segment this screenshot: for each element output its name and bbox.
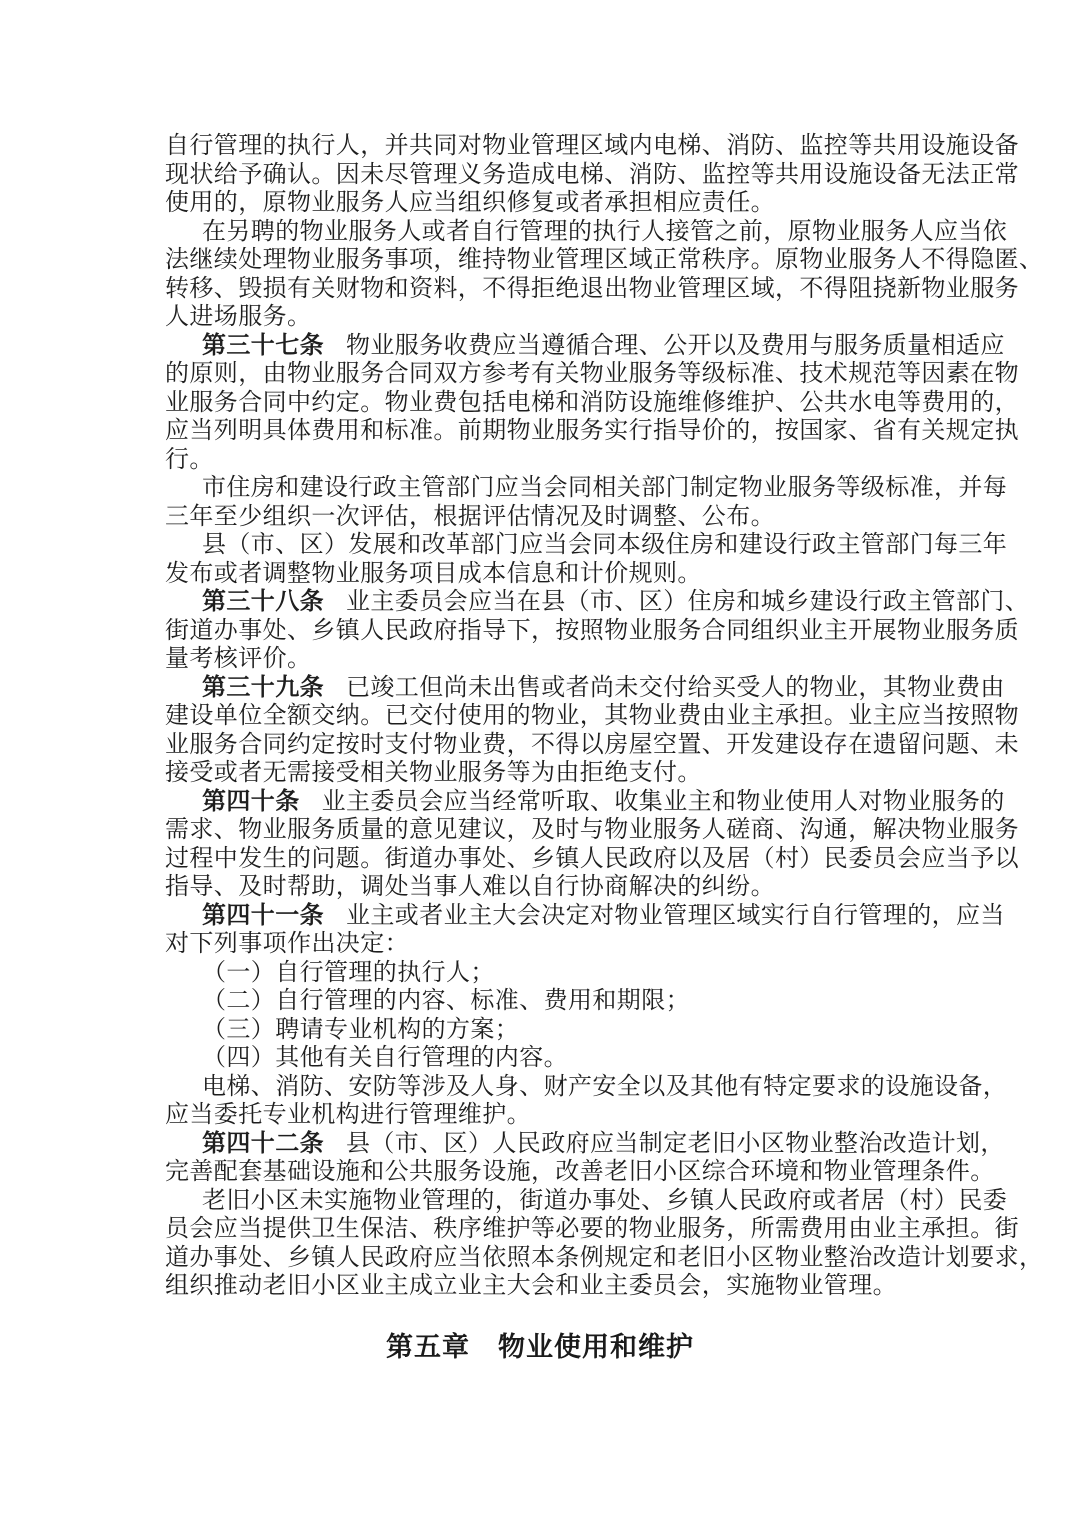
line-text: 组织推动老旧小区业主成立业主大会和业主委员会，实施物业管理。 [165, 1271, 897, 1299]
text-line: 人进场服务。 [165, 302, 925, 331]
list-item: （三）聘请专业机构的方案； [165, 1015, 925, 1044]
line-text: 街道办事处、乡镇人民政府指导下，按照物业服务合同组织业主开展物业服务质 [165, 616, 1019, 644]
line-text: 对下列事项作出决定： [165, 929, 409, 957]
text-line: 第四十二条县（市、区）人民政府应当制定老旧小区物业整治改造计划， [165, 1129, 925, 1158]
line-text: 业主委员会应当经常听取、收集业主和物业使用人对物业服务的 [322, 787, 1005, 815]
line-text: 道办事处、乡镇人民政府应当依照本条例规定和老旧小区物业整治改造计划要求， [165, 1243, 1043, 1271]
text-line: 在另聘的物业服务人或者自行管理的执行人接管之前，原物业服务人应当依 [165, 217, 925, 246]
line-text: 三年至少组织一次评估，根据评估情况及时调整、公布。 [165, 502, 775, 530]
line-text: 业主委员会应当在县（市、区）住房和城乡建设行政主管部门、 [346, 587, 1029, 615]
document-body: 自行管理的执行人，并共同对物业管理区域内电梯、消防、监控等共用设施设备现状给予确… [165, 131, 925, 1300]
text-line: 指导、及时帮助，调处当事人难以自行协商解决的纠纷。 [165, 872, 925, 901]
text-line: 应当委托专业机构进行管理维护。 [165, 1100, 925, 1129]
line-text: （三）聘请专业机构的方案； [202, 1015, 519, 1043]
line-text: 人进场服务。 [165, 302, 311, 330]
line-text: 员会应当提供卫生保洁、秩序维护等必要的物业服务，所需费用由业主承担。街 [165, 1214, 1019, 1242]
line-text: 县（市、区）人民政府应当制定老旧小区物业整治改造计划， [346, 1129, 1005, 1157]
line-text: 应当列明具体费用和标准。前期物业服务实行指导价的，按国家、省有关规定执 [165, 416, 1019, 444]
article-paragraph: 第四十一条业主或者业主大会决定对物业管理区域实行自行管理的，应当对下列事项作出决… [165, 901, 925, 958]
text-line: 第三十七条物业服务收费应当遵循合理、公开以及费用与服务质量相适应 [165, 331, 925, 360]
text-line: 第三十八条业主委员会应当在县（市、区）住房和城乡建设行政主管部门、 [165, 587, 925, 616]
article-paragraph: 第三十九条已竣工但尚未出售或者尚未交付给买受人的物业，其物业费由建设单位全额交纳… [165, 673, 925, 787]
text-line: 应当列明具体费用和标准。前期物业服务实行指导价的，按国家、省有关规定执 [165, 416, 925, 445]
line-text: 业主或者业主大会决定对物业管理区域实行自行管理的，应当 [346, 901, 1005, 929]
paragraph: 老旧小区未实施物业管理的，街道办事处、乡镇人民政府或者居（村）民委员会应当提供卫… [165, 1186, 925, 1300]
text-line: 县（市、区）发展和改革部门应当会同本级住房和建设行政主管部门每三年 [165, 530, 925, 559]
line-text: 指导、及时帮助，调处当事人难以自行协商解决的纠纷。 [165, 872, 775, 900]
line-text: （四）其他有关自行管理的内容。 [202, 1043, 568, 1071]
paragraph: 在另聘的物业服务人或者自行管理的执行人接管之前，原物业服务人应当依法继续处理物业… [165, 217, 925, 331]
text-line: 法继续处理物业服务事项，维持物业管理区域正常秩序。原物业服务人不得隐匿、 [165, 245, 925, 274]
paragraph: 电梯、消防、安防等涉及人身、财产安全以及其他有特定要求的设施设备，应当委托专业机… [165, 1072, 925, 1129]
text-line: 第四十一条业主或者业主大会决定对物业管理区域实行自行管理的，应当 [165, 901, 925, 930]
line-text: （二）自行管理的内容、标准、费用和期限； [202, 986, 690, 1014]
text-line: 完善配套基础设施和公共服务设施，改善老旧小区综合环境和物业管理条件。 [165, 1157, 925, 1186]
line-text: 已竣工但尚未出售或者尚未交付给买受人的物业，其物业费由 [346, 673, 1005, 701]
text-line: 业服务合同约定按时支付物业费，不得以房屋空置、开发建设存在遗留问题、未 [165, 730, 925, 759]
text-line: 电梯、消防、安防等涉及人身、财产安全以及其他有特定要求的设施设备， [165, 1072, 925, 1101]
line-text: 完善配套基础设施和公共服务设施，改善老旧小区综合环境和物业管理条件。 [165, 1157, 995, 1185]
text-line: 市住房和建设行政主管部门应当会同相关部门制定物业服务等级标准，并每 [165, 473, 925, 502]
line-text: 建设单位全额交纳。已交付使用的物业，其物业费由业主承担。业主应当按照物 [165, 701, 1019, 729]
line-text: 转移、毁损有关财物和资料，不得拒绝退出物业管理区域，不得阻挠新物业服务 [165, 274, 1019, 302]
text-line: 需求、物业服务质量的意见建议，及时与物业服务人磋商、沟通，解决物业服务 [165, 815, 925, 844]
chapter-title-text: 物业使用和维护 [498, 1332, 694, 1363]
text-line: 业服务合同中约定。物业费包括电梯和消防设施维修维护、公共水电等费用的， [165, 388, 925, 417]
paragraph: 县（市、区）发展和改革部门应当会同本级住房和建设行政主管部门每三年发布或者调整物… [165, 530, 925, 587]
line-text: 在另聘的物业服务人或者自行管理的执行人接管之前，原物业服务人应当依 [202, 217, 1007, 245]
text-line: 对下列事项作出决定： [165, 929, 925, 958]
text-line: 行。 [165, 445, 925, 474]
article-number: 第四十二条 [202, 1129, 324, 1157]
text-line: 使用的，原物业服务人应当组织修复或者承担相应责任。 [165, 188, 925, 217]
article-number: 第四十条 [202, 787, 300, 815]
line-text: 现状给予确认。因未尽管理义务造成电梯、消防、监控等共用设施设备无法正常 [165, 160, 1019, 188]
line-text: 行。 [165, 445, 214, 473]
paragraph: 市住房和建设行政主管部门应当会同相关部门制定物业服务等级标准，并每三年至少组织一… [165, 473, 925, 530]
chapter-heading: 第五章物业使用和维护 [0, 1331, 1080, 1365]
article-number: 第三十八条 [202, 587, 324, 615]
article-number: 第三十九条 [202, 673, 324, 701]
line-text: 电梯、消防、安防等涉及人身、财产安全以及其他有特定要求的设施设备， [202, 1072, 1007, 1100]
line-text: （一）自行管理的执行人； [202, 958, 495, 986]
text-line: 自行管理的执行人，并共同对物业管理区域内电梯、消防、监控等共用设施设备 [165, 131, 925, 160]
line-text: 使用的，原物业服务人应当组织修复或者承担相应责任。 [165, 188, 775, 216]
list-item: （二）自行管理的内容、标准、费用和期限； [165, 986, 925, 1015]
list-item: （四）其他有关自行管理的内容。 [165, 1043, 925, 1072]
paragraph: 自行管理的执行人，并共同对物业管理区域内电梯、消防、监控等共用设施设备现状给予确… [165, 131, 925, 217]
text-line: 第四十条业主委员会应当经常听取、收集业主和物业使用人对物业服务的 [165, 787, 925, 816]
article-paragraph: 第三十七条物业服务收费应当遵循合理、公开以及费用与服务质量相适应的原则，由物业服… [165, 331, 925, 474]
line-text: 业服务合同中约定。物业费包括电梯和消防设施维修维护、公共水电等费用的， [165, 388, 1019, 416]
text-line: （四）其他有关自行管理的内容。 [165, 1043, 925, 1072]
text-line: 建设单位全额交纳。已交付使用的物业，其物业费由业主承担。业主应当按照物 [165, 701, 925, 730]
line-text: 量考核评价。 [165, 644, 311, 672]
article-number: 第三十七条 [202, 331, 324, 359]
chapter-number: 第五章 [386, 1332, 470, 1363]
line-text: 需求、物业服务质量的意见建议，及时与物业服务人磋商、沟通，解决物业服务 [165, 815, 1019, 843]
text-line: 的原则，由物业服务合同双方参考有关物业服务等级标准、技术规范等因素在物 [165, 359, 925, 388]
text-line: 员会应当提供卫生保洁、秩序维护等必要的物业服务，所需费用由业主承担。街 [165, 1214, 925, 1243]
article-number: 第四十一条 [202, 901, 324, 929]
text-line: 发布或者调整物业服务项目成本信息和计价规则。 [165, 559, 925, 588]
text-line: （一）自行管理的执行人； [165, 958, 925, 987]
line-text: 接受或者无需接受相关物业服务等为由拒绝支付。 [165, 758, 702, 786]
list-item: （一）自行管理的执行人； [165, 958, 925, 987]
text-line: 量考核评价。 [165, 644, 925, 673]
text-line: （三）聘请专业机构的方案； [165, 1015, 925, 1044]
text-line: 三年至少组织一次评估，根据评估情况及时调整、公布。 [165, 502, 925, 531]
line-text: 物业服务收费应当遵循合理、公开以及费用与服务质量相适应 [346, 331, 1005, 359]
article-paragraph: 第三十八条业主委员会应当在县（市、区）住房和城乡建设行政主管部门、街道办事处、乡… [165, 587, 925, 673]
text-line: 道办事处、乡镇人民政府应当依照本条例规定和老旧小区物业整治改造计划要求， [165, 1243, 925, 1272]
line-text: 的原则，由物业服务合同双方参考有关物业服务等级标准、技术规范等因素在物 [165, 359, 1019, 387]
line-text: 业服务合同约定按时支付物业费，不得以房屋空置、开发建设存在遗留问题、未 [165, 730, 1019, 758]
text-line: 街道办事处、乡镇人民政府指导下，按照物业服务合同组织业主开展物业服务质 [165, 616, 925, 645]
line-text: 市住房和建设行政主管部门应当会同相关部门制定物业服务等级标准，并每 [202, 473, 1007, 501]
line-text: 过程中发生的问题。街道办事处、乡镇人民政府以及居（村）民委员会应当予以 [165, 844, 1019, 872]
line-text: 法继续处理物业服务事项，维持物业管理区域正常秩序。原物业服务人不得隐匿、 [165, 245, 1043, 273]
line-text: 应当委托专业机构进行管理维护。 [165, 1100, 531, 1128]
text-line: 接受或者无需接受相关物业服务等为由拒绝支付。 [165, 758, 925, 787]
line-text: 自行管理的执行人，并共同对物业管理区域内电梯、消防、监控等共用设施设备 [165, 131, 1019, 159]
text-line: 组织推动老旧小区业主成立业主大会和业主委员会，实施物业管理。 [165, 1271, 925, 1300]
article-paragraph: 第四十条业主委员会应当经常听取、收集业主和物业使用人对物业服务的需求、物业服务质… [165, 787, 925, 901]
article-paragraph: 第四十二条县（市、区）人民政府应当制定老旧小区物业整治改造计划，完善配套基础设施… [165, 1129, 925, 1186]
line-text: 发布或者调整物业服务项目成本信息和计价规则。 [165, 559, 702, 587]
text-line: （二）自行管理的内容、标准、费用和期限； [165, 986, 925, 1015]
text-line: 第三十九条已竣工但尚未出售或者尚未交付给买受人的物业，其物业费由 [165, 673, 925, 702]
text-line: 现状给予确认。因未尽管理义务造成电梯、消防、监控等共用设施设备无法正常 [165, 160, 925, 189]
text-line: 老旧小区未实施物业管理的，街道办事处、乡镇人民政府或者居（村）民委 [165, 1186, 925, 1215]
line-text: 县（市、区）发展和改革部门应当会同本级住房和建设行政主管部门每三年 [202, 530, 1007, 558]
text-line: 过程中发生的问题。街道办事处、乡镇人民政府以及居（村）民委员会应当予以 [165, 844, 925, 873]
text-line: 转移、毁损有关财物和资料，不得拒绝退出物业管理区域，不得阻挠新物业服务 [165, 274, 925, 303]
line-text: 老旧小区未实施物业管理的，街道办事处、乡镇人民政府或者居（村）民委 [202, 1186, 1007, 1214]
